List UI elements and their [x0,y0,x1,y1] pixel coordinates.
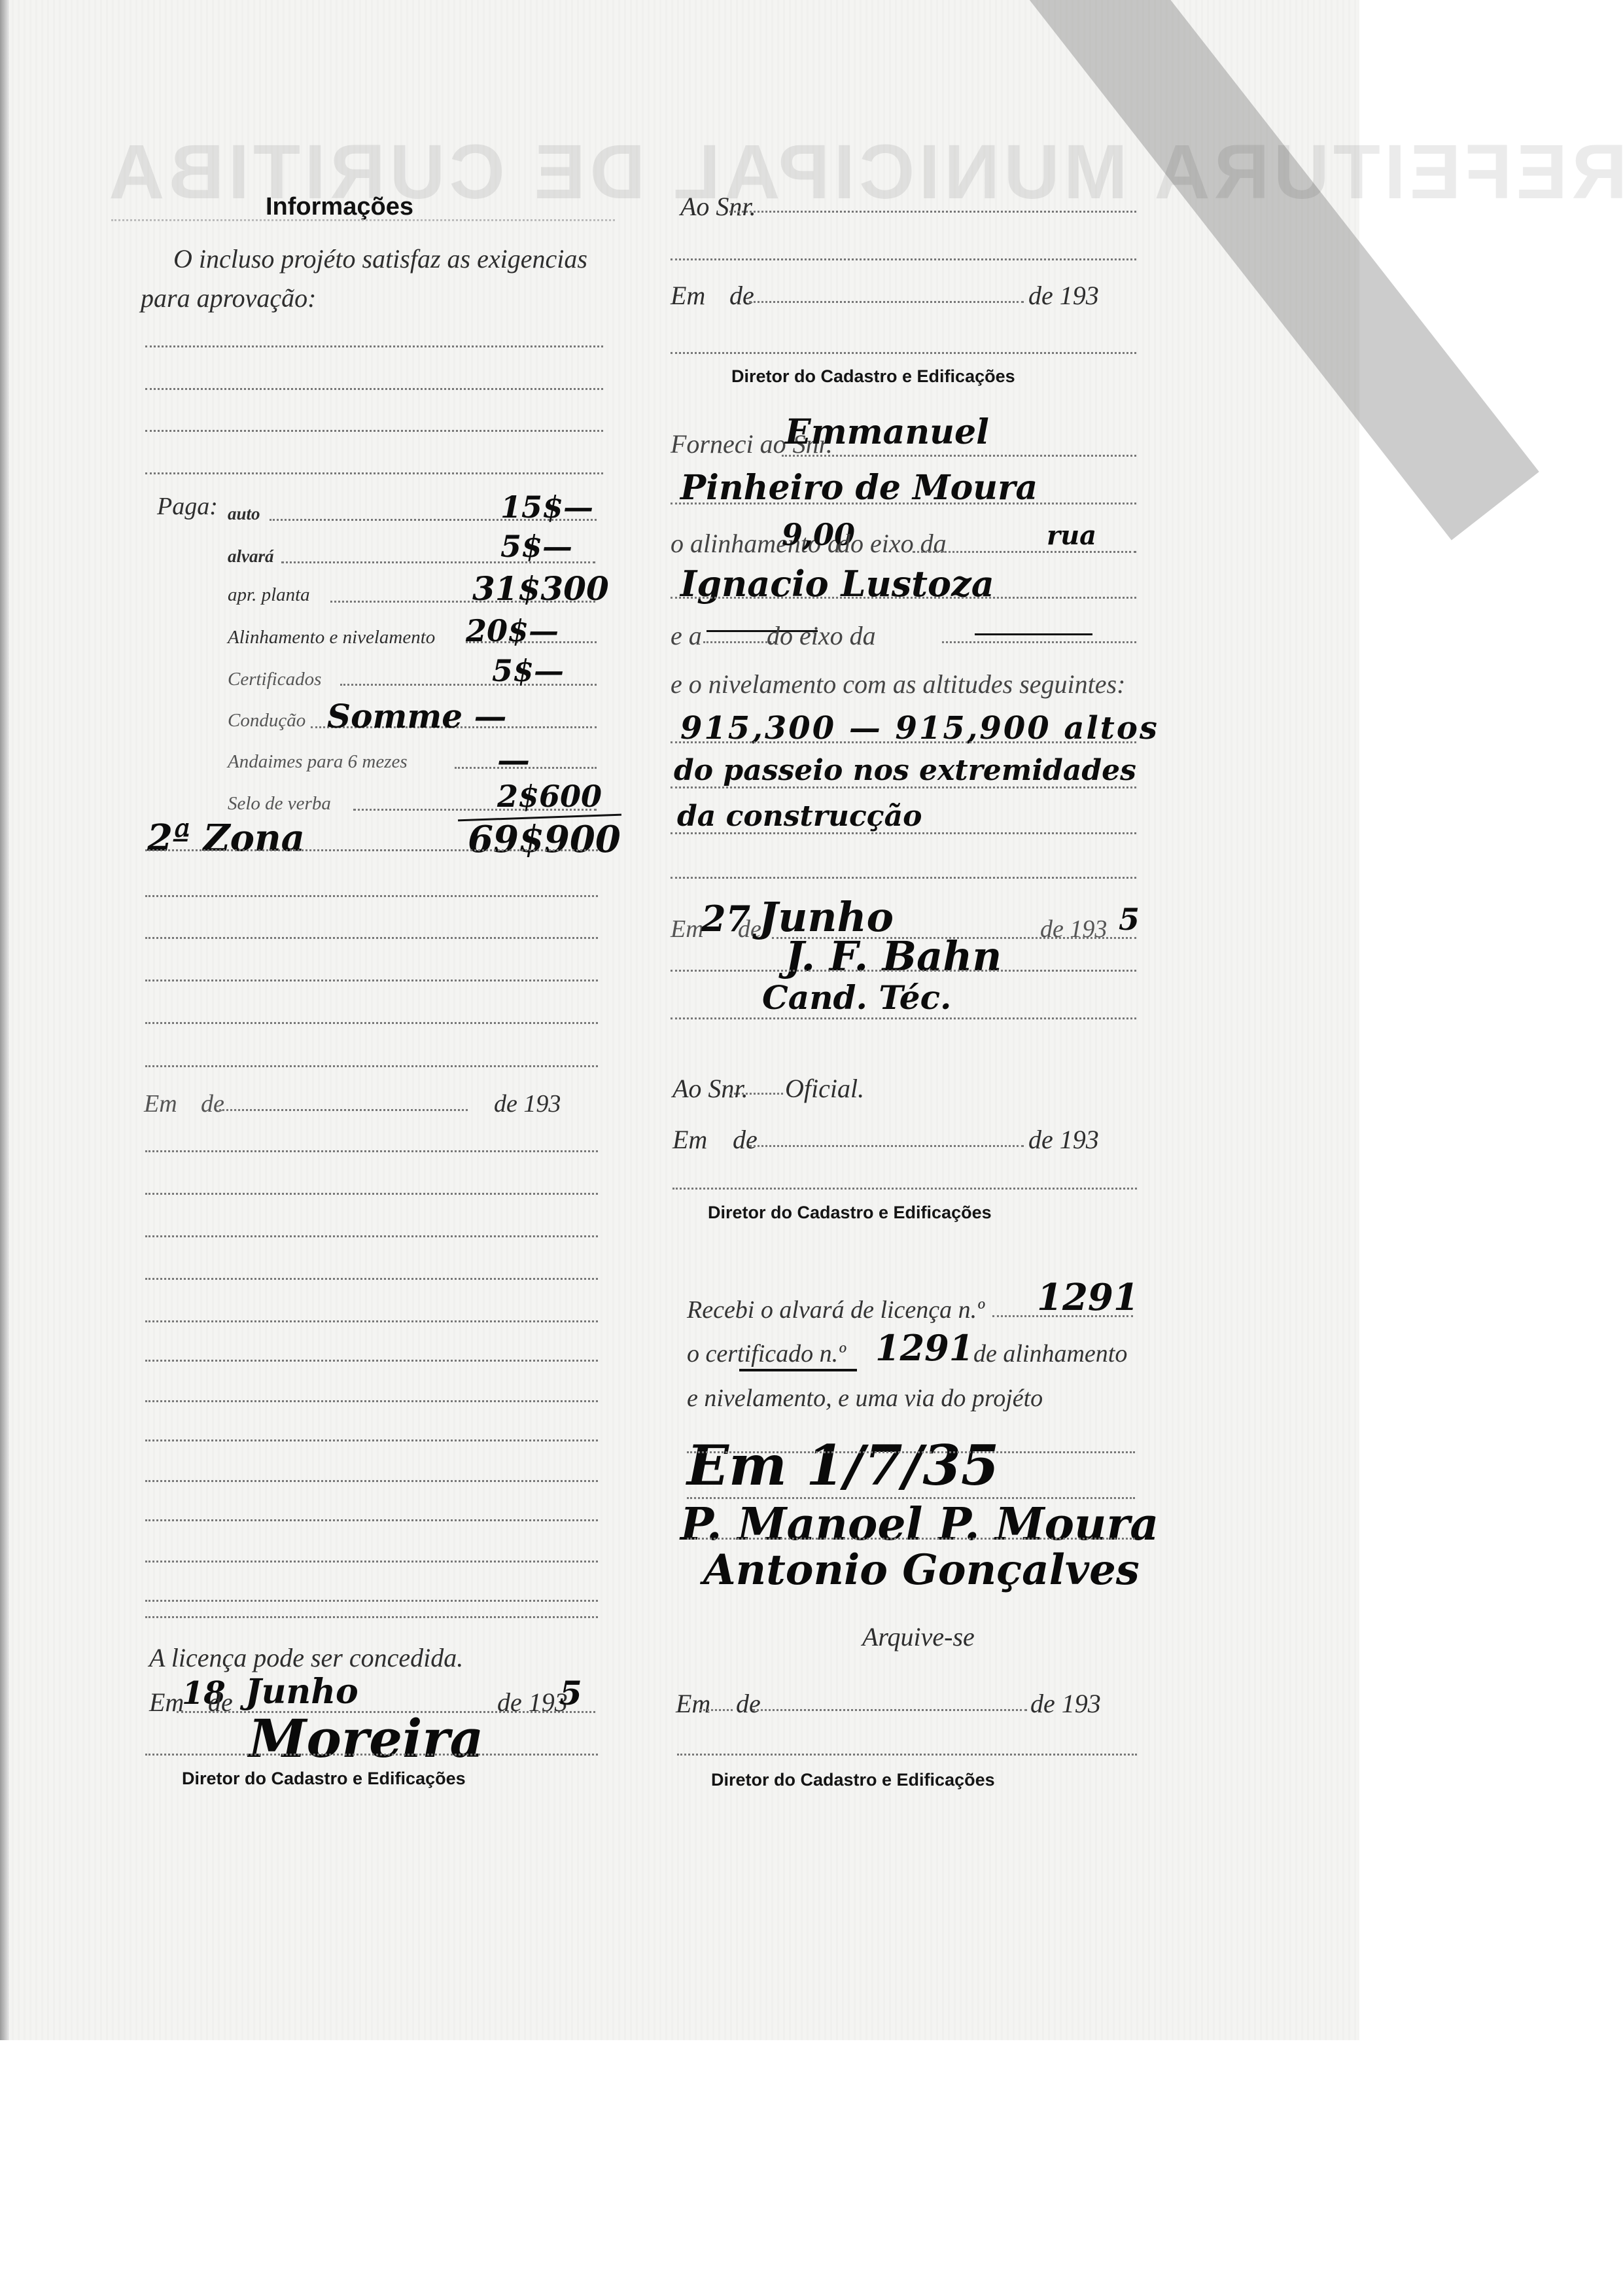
dotted-line [145,1278,598,1280]
dotted-line [145,1616,598,1618]
approval-month: Junho [245,1672,358,1712]
dotted-line [145,1150,598,1152]
dotted-line [942,641,1136,643]
oficial-label: Oficial. [785,1073,864,1104]
dotted-line [145,1600,598,1602]
scanned-document-page: PREFEITURA MUNICIPAL DE CURITIBA Informa… [0,0,1359,2040]
fee-value-andaimes: — [497,741,530,779]
technician-title: Cand. Téc. [762,978,951,1017]
dotted-line [145,895,598,897]
fee-value-conducao: Somme — [327,697,507,735]
altitudes-line2: do passeio nos extremidades [674,754,1136,787]
fee-label-conducao: Condução [228,710,305,732]
signer-title: Diretor do Cadastro e Edificações [731,366,1015,387]
eixo-label: do eixo da [837,528,947,559]
recipient-name-line2: Pinheiro de Moura [680,468,1038,508]
dotted-line [671,970,1136,972]
dotted-line [913,551,1136,553]
diagonal-stain [968,0,1539,540]
dotted-line [671,1017,1136,1019]
dotted-line [145,1519,598,1521]
director-signature: Moreira [249,1708,483,1769]
date-de-year: de 193 [1030,1688,1101,1719]
heading-informacoes: Informações [266,193,413,221]
date-de: de [738,915,761,944]
dotted-line [752,1709,1027,1711]
street-prefix: rua [1047,520,1096,551]
date-de-year: de 193 [1028,280,1099,311]
date-year-suffix: 5 [1119,902,1140,937]
alinhamento-suffix: de alinhamento [973,1339,1127,1368]
dotted-line [145,1320,598,1322]
fee-value-apr-planta: 31$300 [472,569,609,608]
nivelamento-label: e o nivelamento com as altitudes seguint… [671,669,1125,699]
dotted-line [729,1093,783,1095]
date-em: Em [671,915,704,944]
date-em: Em [676,1688,710,1719]
date-de-year: de 193 [1040,915,1107,944]
ao-snr-label: Ao Snr. [680,191,756,222]
dotted-line [145,1754,598,1756]
approval-de-year: de 193 [497,1687,568,1718]
fee-label-andaimes: Andaimes para 6 mezes [228,751,408,773]
dotted-line [703,641,775,643]
dotted-line [671,503,1136,504]
fee-label-selo-de-verba: Selo de verba [228,793,331,815]
date-de: de [736,1688,761,1719]
dotted-line [671,258,1136,260]
ao-snr-label: Ao Snr. [672,1073,748,1104]
dotted-line [145,1480,598,1482]
date-em: Em [672,1124,707,1155]
dotted-line [145,388,603,390]
date-de-year: de 193 [494,1089,561,1118]
recipient-name-line1: Emmanuel [785,412,989,452]
dotted-line [145,849,598,851]
dotted-line [145,1065,598,1067]
dotted-line [782,455,1136,457]
intro-text-line2: para aprovação: [141,283,316,313]
signer-title: Diretor do Cadastro e Edificações [708,1203,992,1223]
approval-year-suffix: 5 [559,1674,582,1712]
dotted-line [671,832,1136,834]
e-a-eixo-label: do eixo da [767,620,876,651]
line3-text: e nivelamento, e uma via do projéto [687,1384,1043,1413]
recebi-label: Recebi o alvará de licença n.º [687,1296,985,1324]
date-em: Em [671,280,705,311]
dotted-line [700,1709,733,1711]
dotted-line [145,430,603,432]
certificado-number: 1291 [875,1327,973,1369]
fee-label-alinhamento: Alinhamento e nivelamento [228,627,435,648]
date-em: Em [144,1089,177,1118]
date-de: de [201,1089,224,1118]
dotted-line [145,937,598,939]
dotted-line [219,1109,468,1111]
dotted-line [671,597,1136,599]
dotted-line [145,1022,598,1024]
dotted-line [145,980,598,981]
dotted-line [145,472,603,474]
fee-value-alvara: 5$— [500,529,572,564]
technician-signature: J. F. Bahn [785,932,1002,980]
date-de-year: de 193 [1028,1124,1099,1155]
dotted-line [677,1754,1137,1756]
fee-label-certificados: Certificados [228,669,321,690]
approval-signer-title: Diretor do Cadastro e Edificações [182,1769,466,1789]
dotted-line [111,219,615,221]
dotted-line [729,211,1136,213]
fees-label: Paga: [157,492,218,521]
dotted-line [749,301,1024,303]
fee-value-certificados: 5$— [492,653,564,688]
alvara-number: 1291 [1037,1276,1139,1319]
fee-total: 69$900 [468,818,621,861]
e-a-label: e a [671,620,702,651]
dotted-line [687,1538,1135,1540]
zone-note: 2ª Zona [147,817,305,860]
dotted-line [671,741,1136,743]
dotted-line [145,1360,598,1362]
dotted-line [672,1188,1137,1190]
date-de: de [733,1124,758,1155]
dotted-line [671,877,1136,879]
certificado-label: o certificado n.º [687,1339,846,1368]
fee-value-alinhamento: 20$— [466,613,559,648]
dotted-line [145,1561,598,1563]
fee-value-selo-de-verba: 2$600 [497,779,602,814]
received-date: Em 1/7/35 [687,1433,999,1498]
approval-text: A licença pode ser concedida. [149,1642,463,1673]
fee-value-auto: 15$— [500,489,593,525]
underline-mark [739,1369,857,1371]
signer-title: Diretor do Cadastro e Edificações [711,1770,995,1790]
dotted-line [145,1400,598,1402]
dotted-line [145,1193,598,1195]
fee-label-apr-planta: apr. planta [228,584,310,606]
paper-edge-shadow [0,0,9,2040]
dotted-line [687,1451,1135,1453]
dotted-line [671,352,1136,354]
fee-label-auto: auto [228,504,260,524]
receiver-signature-1: P. Manoel P. Moura [680,1498,1159,1551]
dotted-line [145,1235,598,1237]
intro-text-line1: O incluso projéto satisfaz as exigencias [173,243,587,274]
dotted-line [671,786,1136,788]
arquive-se-label: Arquive-se [862,1621,975,1652]
dotted-line [749,1145,1024,1147]
dotted-line [145,345,603,347]
fee-label-alvara: alvará [228,546,274,567]
altitudes-line3: da construcção [677,800,922,833]
dotted-line [145,1439,598,1441]
date-de: de [729,280,754,311]
receiver-signature-2: Antonio Gonçalves [703,1545,1140,1595]
strike-line [975,633,1092,635]
